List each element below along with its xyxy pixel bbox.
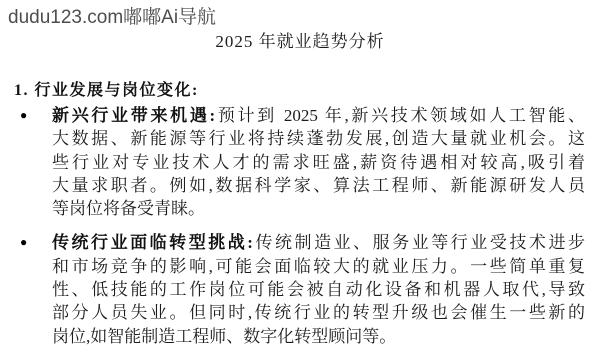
bullet-label: 传统行业面临转型挑战: [52,233,253,252]
bullet-text-run: 传统制造业、服务业等行业受技术进步 [253,233,585,252]
bullet-text-line: 大量求职者。例如,数据科学家、算法工程师、新能源研发人员 [52,174,585,197]
site-watermark: dudu123.com嘟嘟Ai导航 [8,2,216,29]
bullet-text-line: 新兴行业带来机遇:预计到 2025 年,新兴技术领域如人工智能、 [52,104,585,127]
document-page: dudu123.com嘟嘟Ai导航 2025 年就业趋势分析 1. 行业发展与岗… [0,0,600,360]
bullet-icon: ● [0,104,52,127]
bullet-text-run: 预计到 2025 年,新兴技术领域如人工智能、 [215,106,585,125]
bullet-text-line: 和市场竞争的影响,可能会面临较大的就业压力。一些简单重复 [52,255,585,278]
bullet-text: 传统行业面临转型挑战:传统制造业、服务业等行业受技术进步 和市场竞争的影响,可能… [52,231,585,347]
bullet-text-line: 传统行业面临转型挑战:传统制造业、服务业等行业受技术进步 [52,231,585,254]
document-title: 2025 年就业趋势分析 [0,27,600,52]
bullet-text-line: 大数据、新能源等行业将持续蓬勃发展,创造大量就业机会。这 [52,127,585,150]
bullet-text-line: 岗位,如智能制造工程师、数字化转型顾问等。 [52,325,585,348]
bullet-text-line: 等岗位将备受青睐。 [52,197,585,220]
bullet-item-traditional-industries: ● 传统行业面临转型挑战:传统制造业、服务业等行业受技术进步 和市场竞争的影响,… [0,231,600,347]
bullet-text-line: 些行业对专业技术人才的需求旺盛,薪资待遇相对较高,吸引着 [52,151,585,174]
bullet-text: 新兴行业带来机遇:预计到 2025 年,新兴技术领域如人工智能、 大数据、新能源… [52,104,585,220]
document-body: ● 新兴行业带来机遇:预计到 2025 年,新兴技术领域如人工智能、 大数据、新… [0,104,600,348]
section-heading: 1. 行业发展与岗位变化: [14,77,199,100]
bullet-text-line: 部分人员失业。但同时,传统行业的转型升级也会催生一些新的 [52,301,585,324]
bullet-item-emerging-industries: ● 新兴行业带来机遇:预计到 2025 年,新兴技术领域如人工智能、 大数据、新… [0,104,600,220]
bullet-icon: ● [0,231,52,254]
bullet-text-line: 性、低技能的工作岗位可能会被自动化设备和机器人取代,导致 [52,278,585,301]
bullet-label: 新兴行业带来机遇: [52,106,215,125]
